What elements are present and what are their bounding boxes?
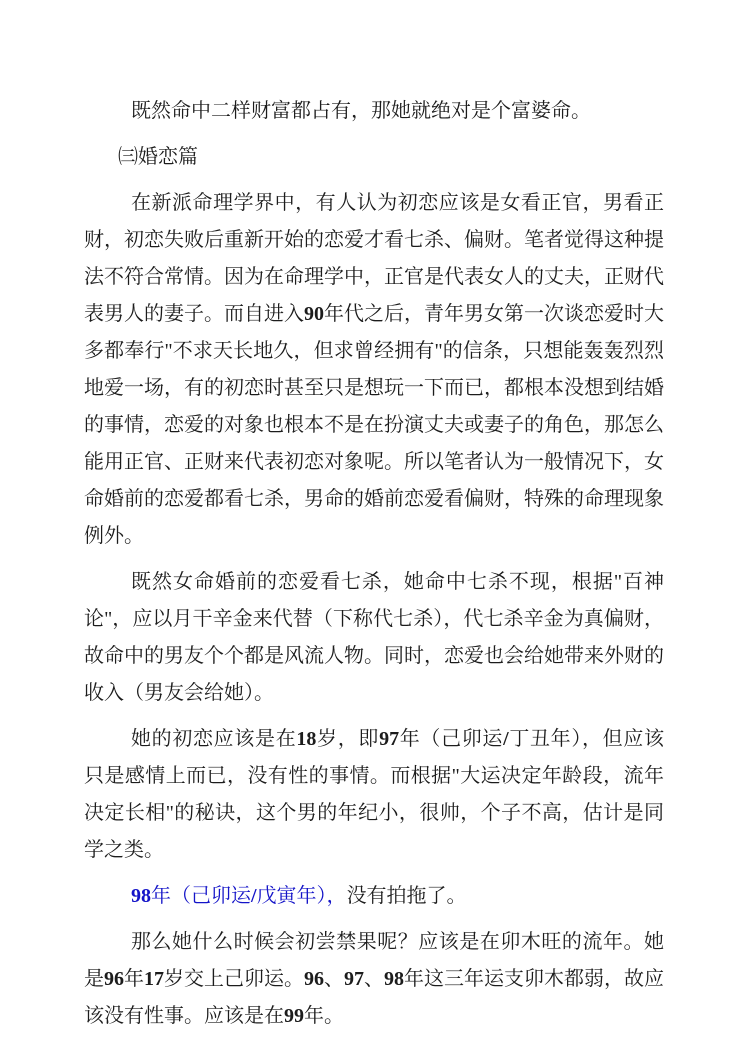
- text-run: 18: [296, 728, 316, 750]
- document-body: 既然命中二样财富都占有，那她就绝对是个富婆命。㈢婚恋篇在新派命理学界中，有人认为…: [0, 0, 750, 1035]
- text-run: 、: [364, 968, 384, 990]
- paragraph: 既然命中二样财富都占有，那她就绝对是个富婆命。: [84, 93, 664, 130]
- text-run: 年。: [304, 1005, 344, 1027]
- text-run: 年代之后，青年男女第一次谈恋爱时大多都奉行"不求天长地久，但求曾经拥有"的信条，…: [84, 303, 664, 547]
- text-run: 既然命中二样财富都占有，那她就绝对是个富婆命。: [131, 100, 591, 122]
- highlighted-text-run: 戊寅年），: [257, 885, 347, 907]
- highlighted-text-run: 年（己卯运: [151, 885, 251, 907]
- text-run: 年（己卯运: [399, 728, 503, 750]
- text-run: 17: [144, 968, 164, 990]
- text-run: 98: [384, 968, 404, 990]
- text-run: 96: [104, 968, 124, 990]
- paragraph: 既然女命婚前的恋爱看七杀，她命中七杀不现，根据"百神论"，应以月干辛金来代替（下…: [84, 564, 664, 712]
- section-heading: ㈢婚恋篇: [84, 139, 664, 176]
- text-run: 既然女命婚前的恋爱看七杀，她命中七杀不现，根据"百神论"，应以月干辛金来代替（下…: [84, 571, 664, 704]
- text-run: 97: [344, 968, 364, 990]
- text-run: 岁，即: [316, 728, 379, 750]
- text-run: ㈢婚恋篇: [118, 146, 198, 168]
- text-run: 、: [324, 968, 344, 990]
- text-run: 岁交上己卯运。: [164, 968, 304, 990]
- paragraph: 在新派命理学界中，有人认为初恋应该是女看正官，男看正财，初恋失败后重新开始的恋爱…: [84, 185, 664, 555]
- text-run: 年: [124, 968, 144, 990]
- paragraph: 那么她什么时候会初尝禁果呢？应该是在卯木旺的流年。她是96年17岁交上己卯运。9…: [84, 924, 664, 1035]
- text-run: 90: [304, 303, 324, 325]
- paragraph: 98年（己卯运/戊寅年），没有拍拖了。: [84, 878, 664, 915]
- highlighted-text-run: 98: [131, 885, 151, 907]
- text-run: 96: [304, 968, 324, 990]
- document-page: 既然命中二样财富都占有，那她就绝对是个富婆命。㈢婚恋篇在新派命理学界中，有人认为…: [0, 0, 750, 1061]
- text-run: 没有拍拖了。: [347, 885, 467, 907]
- text-run: 97: [379, 728, 399, 750]
- text-run: 她的初恋应该是在: [131, 728, 296, 750]
- text-run: 99: [284, 1005, 304, 1027]
- paragraph: 她的初恋应该是在18岁，即97年（己卯运/丁丑年），但应该只是感情上而已，没有性…: [84, 721, 664, 869]
